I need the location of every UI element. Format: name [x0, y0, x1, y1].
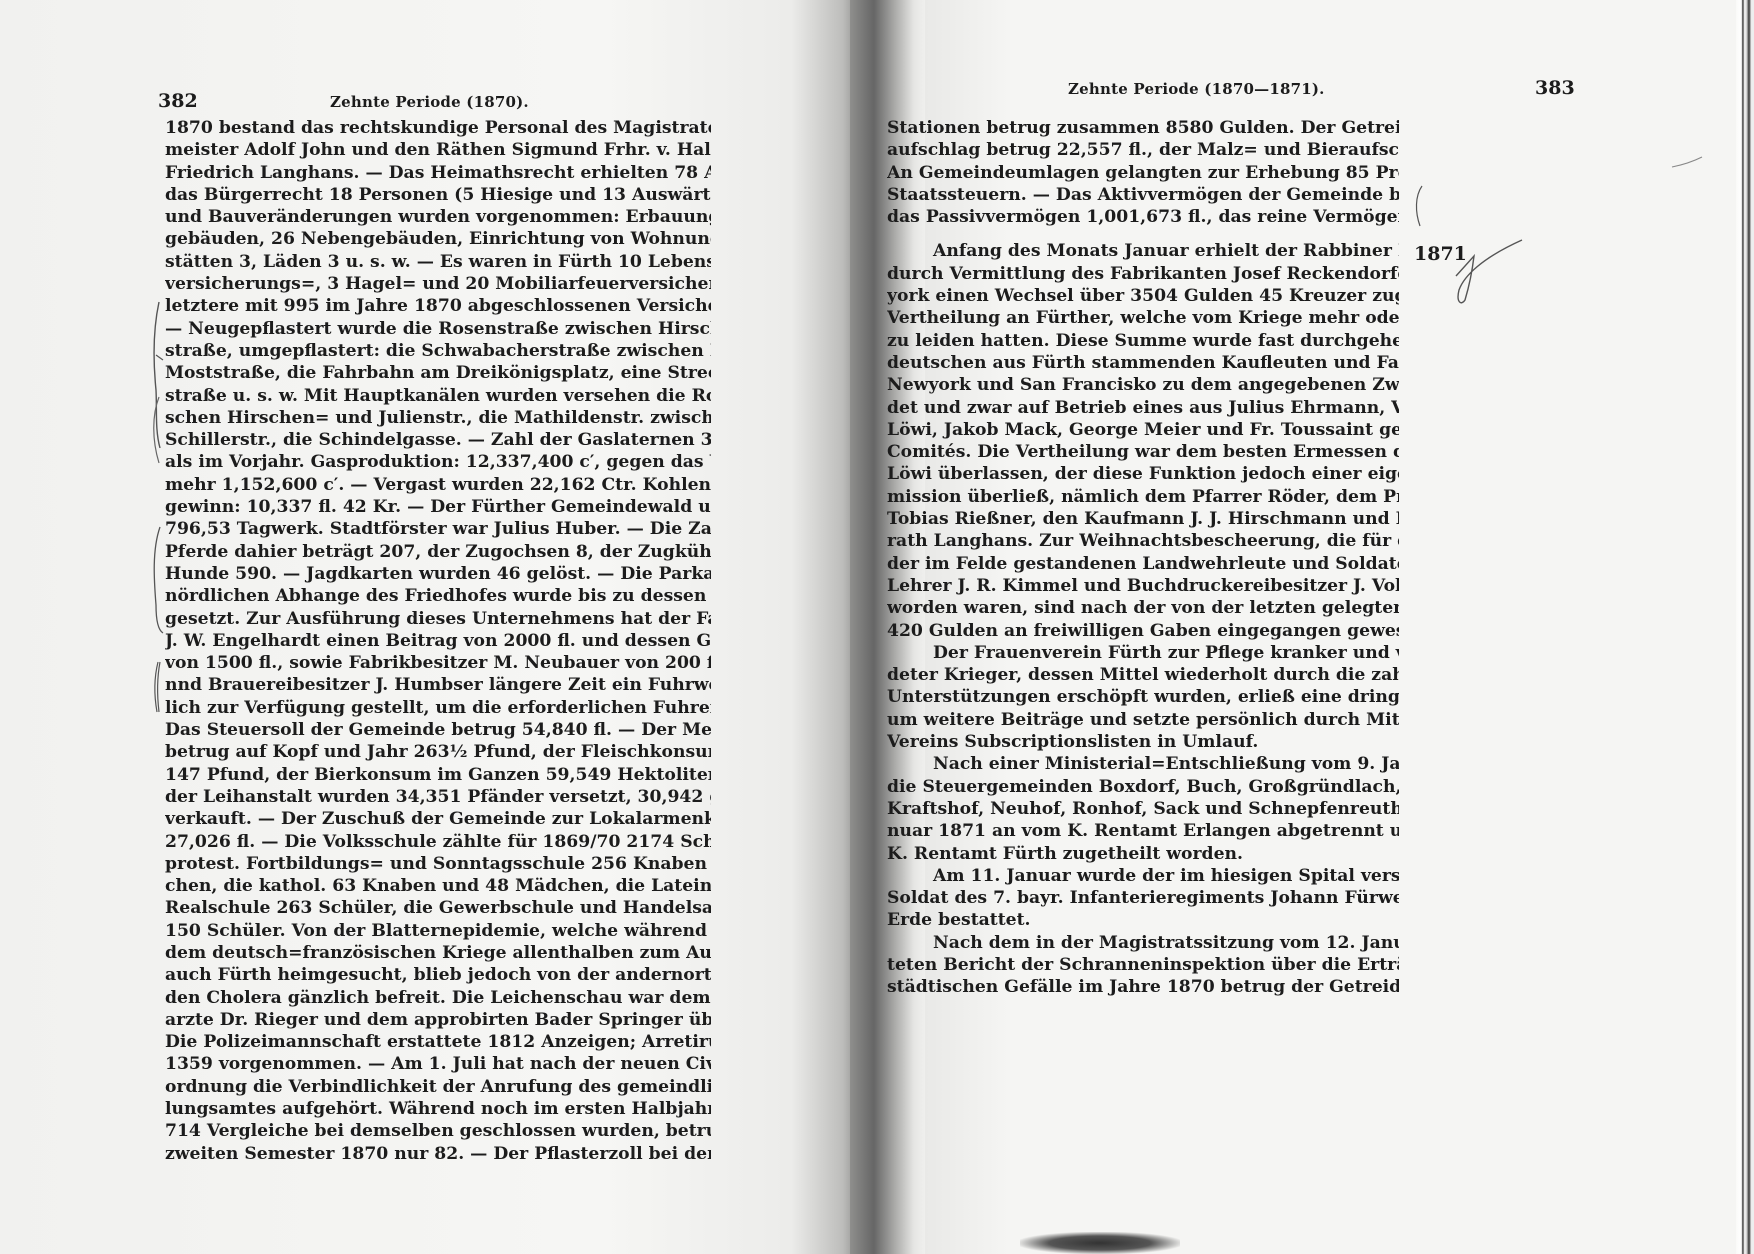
text-line: verkauft. — Der Zuschuß der Gemeinde zur… [165, 808, 711, 830]
text-line: rath Langhans. Zur Weihnachtsbescheerung… [887, 530, 1399, 552]
right-page-body: Stationen betrug zusammen 8580 Gulden. D… [887, 117, 1399, 999]
text-line: york einen Wechsel über 3504 Gulden 45 K… [887, 285, 1399, 307]
text-line: Hunde 590. — Jagdkarten wurden 46 gelöst… [165, 563, 711, 585]
text-line: det und zwar auf Betrieb eines aus Juliu… [887, 397, 1399, 419]
text-line: den Cholera gänzlich befreit. Die Leiche… [165, 987, 711, 1009]
text-line: 796,53 Tagwerk. Stadtförster war Julius … [165, 518, 711, 540]
text-line: Comités. Die Vertheilung war dem besten … [887, 441, 1399, 463]
text-line: nuar 1871 an vom K. Rentamt Erlangen abg… [887, 820, 1399, 842]
text-line: Stationen betrug zusammen 8580 Gulden. D… [887, 117, 1399, 139]
paragraph-gap [887, 228, 1399, 240]
text-line: Löwi überlassen, der diese Funktion jedo… [887, 463, 1399, 485]
text-line: gesetzt. Zur Ausführung dieses Unternehm… [165, 608, 711, 630]
text-line: Pferde dahier beträgt 207, der Zugochsen… [165, 541, 711, 563]
text-line: Tobias Rießner, den Kaufmann J. J. Hirsc… [887, 508, 1399, 530]
text-line: Erde bestattet. [887, 909, 1399, 931]
text-line: Unterstützungen erschöpft wurden, erließ… [887, 686, 1399, 708]
text-line: worden waren, sind nach der von der letz… [887, 597, 1399, 619]
text-line: städtischen Gefälle im Jahre 1870 betrug… [887, 976, 1399, 998]
text-line: — Neugepflastert wurde die Rosenstraße z… [165, 318, 711, 340]
text-line: gewinn: 10,337 fl. 42 Kr. — Der Fürther … [165, 496, 711, 518]
text-line: chen, die kathol. 63 Knaben und 48 Mädch… [165, 875, 711, 897]
text-line: Vereins Subscriptionslisten in Umlauf. [887, 731, 1399, 753]
text-line: Newyork und San Francisko zu dem angegeb… [887, 374, 1399, 396]
text-line: An Gemeindeumlagen gelangten zur Erhebun… [887, 162, 1399, 184]
page-edge [1736, 0, 1754, 1254]
right-running-head: Zehnte Periode (1870—1871). [1068, 79, 1325, 99]
text-line: 147 Pfund, der Bierkonsum im Ganzen 59,5… [165, 764, 711, 786]
text-line: zweiten Semester 1870 nur 82. — Der Pfla… [165, 1143, 711, 1165]
left-running-head: Zehnte Periode (1870). [330, 92, 529, 112]
text-line: zu leiden hatten. Diese Summe wurde fast… [887, 330, 1399, 352]
text-line: Anfang des Monats Januar erhielt der Rab… [887, 240, 1399, 262]
text-line: 420 Gulden an freiwilligen Gaben eingega… [887, 620, 1399, 642]
text-line: der Leihanstalt wurden 34,351 Pfänder ve… [165, 786, 711, 808]
text-line: Löwi, Jakob Mack, George Meier und Fr. T… [887, 419, 1399, 441]
text-line: von 1500 fl., sowie Fabrikbesitzer M. Ne… [165, 652, 711, 674]
text-line: Nach einer Ministerial=Entschließung vom… [887, 753, 1399, 775]
text-line: Die Polizeimannschaft erstattete 1812 An… [165, 1031, 711, 1053]
text-line: stätten 3, Läden 3 u. s. w. — Es waren i… [165, 251, 711, 273]
text-line: und Bauveränderungen wurden vorgenommen:… [165, 206, 711, 228]
text-line: nördlichen Abhange des Friedhofes wurde … [165, 585, 711, 607]
text-line: Soldat des 7. bayr. Infanterieregiments … [887, 887, 1399, 909]
text-line: durch Vermittlung des Fabrikanten Josef … [887, 263, 1399, 285]
text-line: Moststraße, die Fahrbahn am Dreikönigspl… [165, 362, 711, 384]
pencil-stroke [1670, 155, 1704, 171]
text-line: deutschen aus Fürth stammenden Kaufleute… [887, 352, 1399, 374]
text-line: meister Adolf John und den Räthen Sigmun… [165, 139, 711, 161]
text-line: J. W. Engelhardt einen Beitrag von 2000 … [165, 630, 711, 652]
text-line: dem deutsch=französischen Kriege allenth… [165, 942, 711, 964]
text-line: nnd Brauereibesitzer J. Humbser längere … [165, 674, 711, 696]
text-line: Schillerstr., die Schindelgasse. — Zahl … [165, 429, 711, 451]
text-line: 27,026 fl. — Die Volksschule zählte für … [165, 831, 711, 853]
text-line: straße, umgepflastert: die Schwabacherst… [165, 340, 711, 362]
text-line: das Passivvermögen 1,001,673 fl., das re… [887, 206, 1399, 228]
book-spread: 382 Zehnte Periode (1870). 1870 bestand … [0, 0, 1754, 1254]
text-line: gebäuden, 26 Nebengebäuden, Einrichtung … [165, 228, 711, 250]
text-line: das Bürgerrecht 18 Personen (5 Hiesige u… [165, 184, 711, 206]
text-line: Vertheilung an Fürther, welche vom Krieg… [887, 307, 1399, 329]
text-line: mission überließ, nämlich dem Pfarrer Rö… [887, 486, 1399, 508]
text-line: versicherungs=, 3 Hagel= und 20 Mobiliar… [165, 273, 711, 295]
right-page-number: 383 [1535, 78, 1575, 98]
text-line: Realschule 263 Schüler, die Gewerbschule… [165, 897, 711, 919]
left-page-body: 1870 bestand das rechtskundige Personal … [165, 117, 711, 1165]
pencil-bracket-mark [1412, 184, 1426, 228]
text-line: lungsamtes aufgehört. Während noch im er… [165, 1098, 711, 1120]
pencil-bracket-mark [150, 660, 166, 715]
text-line: als im Vorjahr. Gasproduktion: 12,337,40… [165, 451, 711, 473]
text-line: betrug auf Kopf und Jahr 263½ Pfund, der… [165, 741, 711, 763]
text-line: Der Frauenverein Fürth zur Pflege kranke… [887, 642, 1399, 664]
text-line: straße u. s. w. Mit Hauptkanälen wurden … [165, 385, 711, 407]
text-line: teten Bericht der Schranneninspektion üb… [887, 954, 1399, 976]
text-line: die Steuergemeinden Boxdorf, Buch, Großg… [887, 776, 1399, 798]
text-line: der im Felde gestandenen Landwehrleute u… [887, 553, 1399, 575]
left-page-number: 382 [158, 91, 198, 111]
text-line: auch Fürth heimgesucht, blieb jedoch von… [165, 964, 711, 986]
text-line: K. Rentamt Fürth zugetheilt worden. [887, 843, 1399, 865]
text-line: mehr 1,152,600 c′. — Vergast wurden 22,1… [165, 474, 711, 496]
text-line: Staatssteuern. — Das Aktivvermögen der G… [887, 184, 1399, 206]
text-line: aufschlag betrug 22,557 fl., der Malz= u… [887, 139, 1399, 161]
text-line: protest. Fortbildungs= und Sonntagsschul… [165, 853, 711, 875]
pencil-checkmark-annotation [1452, 228, 1532, 308]
text-line: Nach dem in der Magistratssitzung vom 12… [887, 932, 1399, 954]
text-line: 1870 bestand das rechtskundige Personal … [165, 117, 711, 139]
text-line: Friedrich Langhans. — Das Heimathsrecht … [165, 162, 711, 184]
text-line: 714 Vergleiche bei demselben geschlossen… [165, 1120, 711, 1142]
text-line: Lehrer J. R. Kimmel und Buchdruckereibes… [887, 575, 1399, 597]
pencil-bracket-mark [147, 395, 163, 465]
text-line: lich zur Verfügung gestellt, um die erfo… [165, 697, 711, 719]
pencil-bracket-mark [148, 525, 166, 635]
text-line: letztere mit 995 im Jahre 1870 abgeschlo… [165, 295, 711, 317]
text-line: Das Steuersoll der Gemeinde betrug 54,84… [165, 719, 711, 741]
text-line: Am 11. Januar wurde der im hiesigen Spit… [887, 865, 1399, 887]
text-line: Kraftshof, Neuhof, Ronhof, Sack und Schn… [887, 798, 1399, 820]
scanner-shadow [1020, 1232, 1180, 1254]
text-line: um weitere Beiträge und setzte persönlic… [887, 709, 1399, 731]
text-line: arzte Dr. Rieger und dem approbirten Bad… [165, 1009, 711, 1031]
text-line: ordnung die Verbindlichkeit der Anrufung… [165, 1076, 711, 1098]
text-line: 150 Schüler. Von der Blatternepidemie, w… [165, 920, 711, 942]
text-line: 1359 vorgenommen. — Am 1. Juli hat nach … [165, 1053, 711, 1075]
text-line: schen Hirschen= und Julienstr., die Math… [165, 407, 711, 429]
text-line: deter Krieger, dessen Mittel wiederholt … [887, 664, 1399, 686]
